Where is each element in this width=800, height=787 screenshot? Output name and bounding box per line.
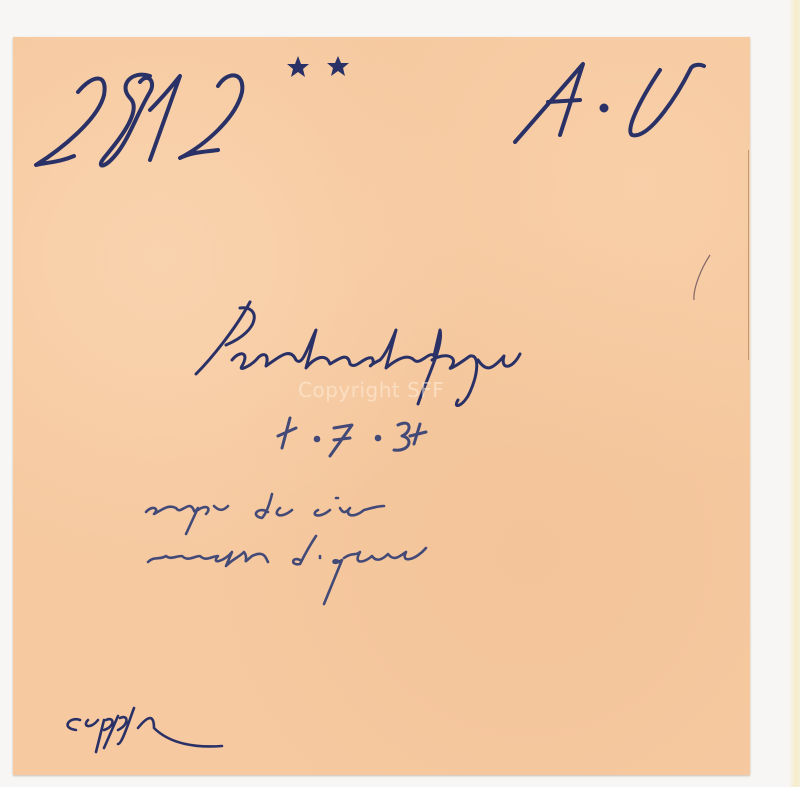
corner-note-handwriting [68,708,222,752]
copyright-watermark: Copyright SFF [298,378,444,402]
initials-handwriting [515,64,704,142]
date-handwriting [278,418,426,456]
star-marks-icon [287,56,349,77]
catalog-number-handwriting [36,75,242,166]
paper-fiber-mark [694,255,710,300]
note-handwriting [146,494,426,604]
